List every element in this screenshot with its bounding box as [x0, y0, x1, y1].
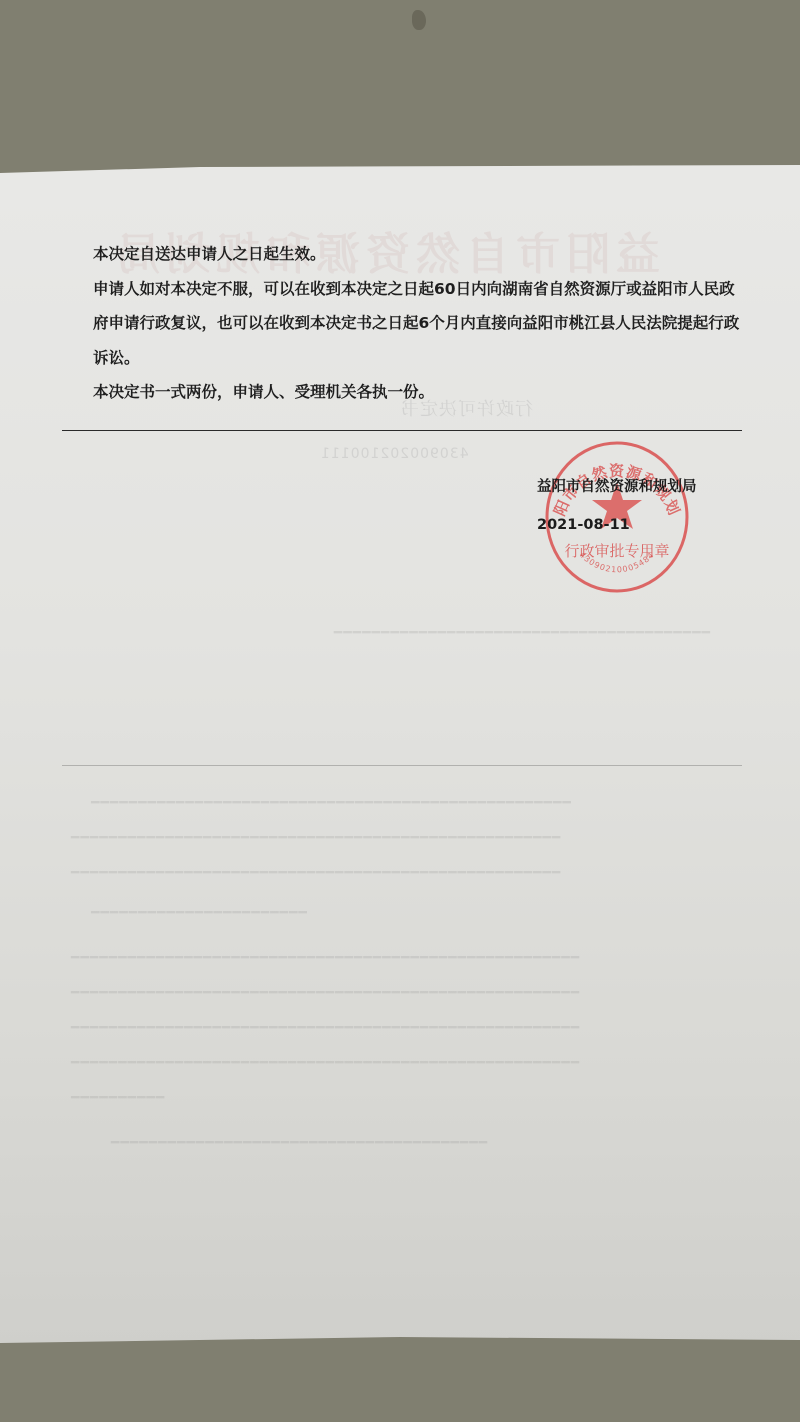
issue-date: 2021-08-11 [537, 506, 697, 544]
signature-block: 益阳市自然资源和规划局 2021-08-11 [537, 468, 697, 544]
effective-clause: 本决定自送达申请人之日起生效。 [62, 237, 742, 272]
faint-separator-line [62, 765, 742, 766]
bleed-through-code: 430900202100111 [320, 446, 469, 462]
decision-text: 本决定自送达申请人之日起生效。 申请人如对本决定不服，可以在收到本决定之日起60… [62, 237, 742, 410]
background-mark [412, 10, 426, 30]
copies-clause: 本决定书一式两份，申请人、受理机关各执一份。 [62, 375, 742, 410]
appeal-clause: 申请人如对本决定不服，可以在收到本决定之日起60日内向湖南省自然资源厅或益阳市人… [62, 272, 742, 376]
issuer-name: 益阳市自然资源和规划局 [537, 468, 697, 506]
separator-line [62, 430, 742, 431]
